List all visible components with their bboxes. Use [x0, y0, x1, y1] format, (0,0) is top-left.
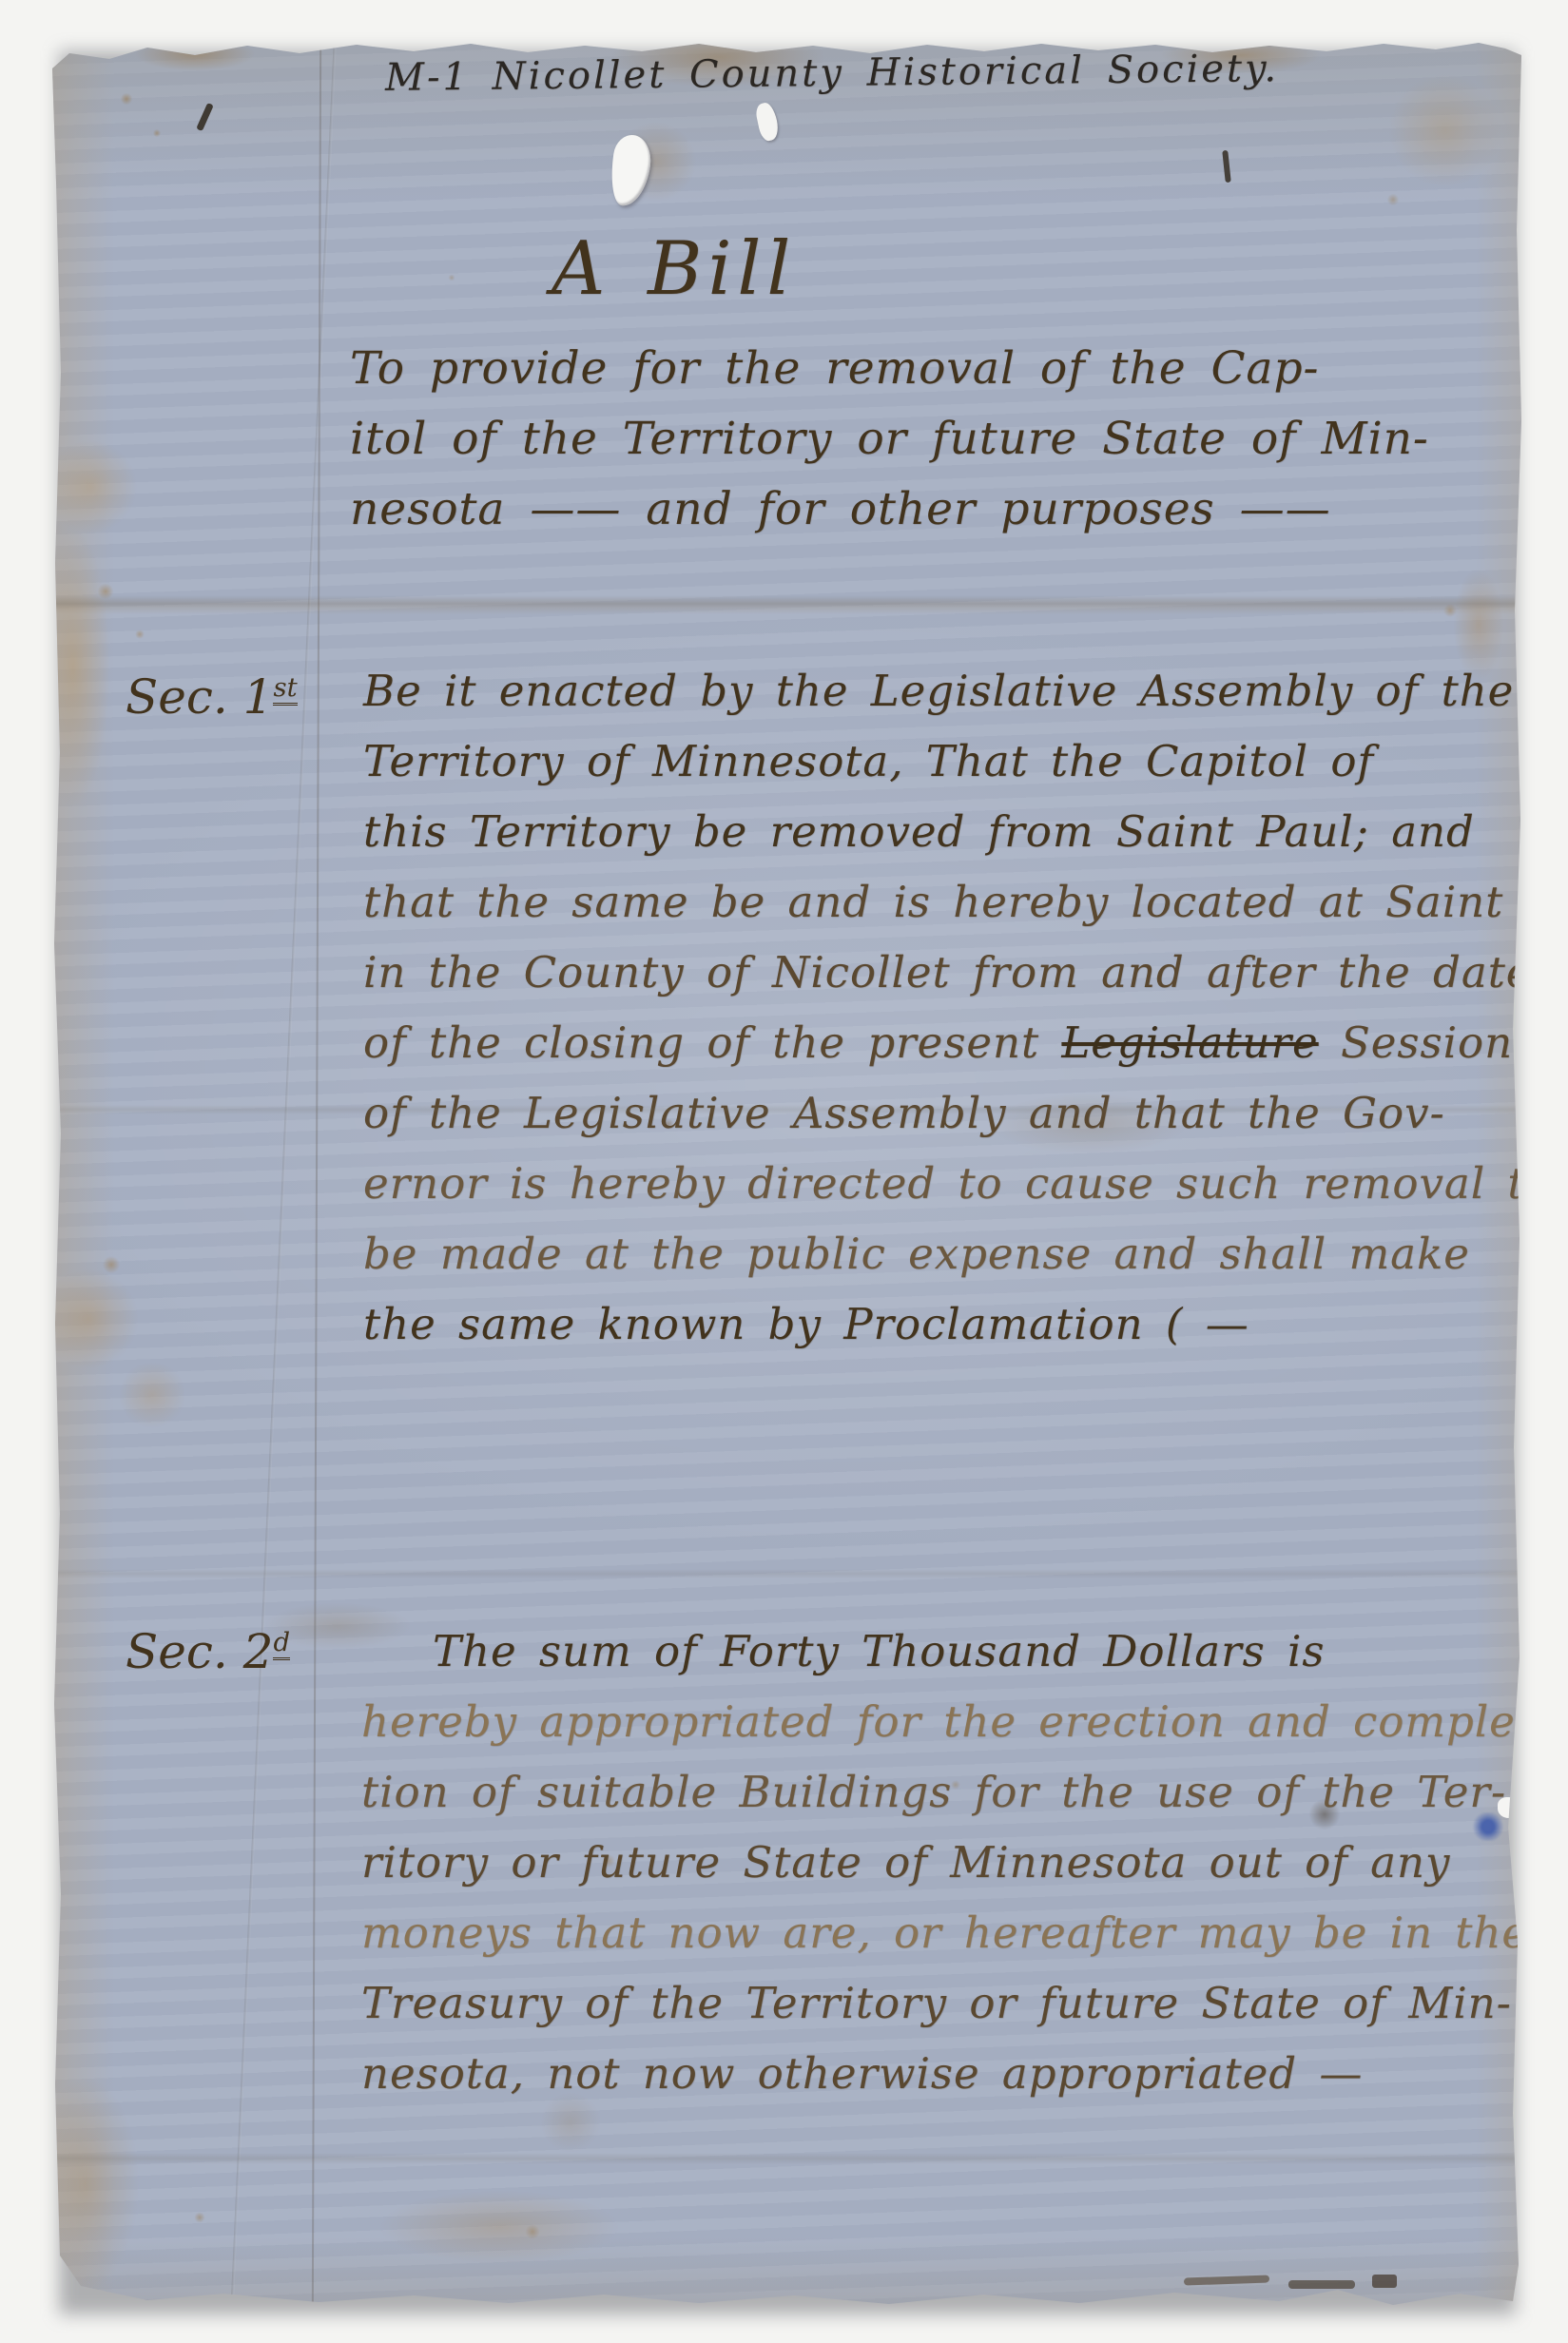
paper-tear-hole — [754, 101, 781, 142]
pin-mark — [1222, 150, 1231, 183]
manuscript-line: the same known by Proclamation ( — — [363, 1299, 1249, 1349]
preamble-line: nesota —— and for other purposes —— — [350, 483, 1331, 535]
manuscript-line: hereby appropriated for the erection and… — [361, 1696, 1531, 1747]
horizontal-fold-crease — [52, 2153, 1521, 2164]
manuscript-line: moneys that now are, or hereafter may be… — [361, 1907, 1528, 1958]
section-1-label: Sec. 1st — [126, 669, 298, 725]
manuscript-line: nesota, not now otherwise appropriated — — [361, 2048, 1363, 2099]
bill-title: A Bill — [552, 226, 796, 312]
manuscript-line-with-strikethrough: of the closing of the present Legislatur… — [363, 1017, 1513, 1068]
manuscript-line: The sum of Forty Thousand Dollars is — [433, 1626, 1325, 1676]
blue-ink-blot — [1473, 1812, 1503, 1841]
archival-note: M-1 Nicollet County Historical Society. — [385, 47, 1279, 100]
line-segment: of the closing of the present — [363, 1017, 1061, 1068]
edge-dirt-streak — [1372, 2275, 1397, 2288]
manuscript-line: that the same be and is hereby located a… — [363, 877, 1568, 927]
manuscript-line: ernor is hereby directed to cause such r… — [363, 1158, 1553, 1209]
edge-dirt-streak — [1288, 2280, 1355, 2289]
vertical-fold-line — [230, 36, 337, 2316]
manuscript-line: in the County of Nicollet from and after… — [363, 947, 1532, 997]
preamble-line: itol of the Territory or future State of… — [350, 413, 1429, 465]
paper: M-1 Nicollet County Historical Society. … — [52, 40, 1521, 2309]
section-2-label-ordinal: d — [273, 1627, 290, 1660]
manuscript-line: Territory of Minnesota, That the Capitol… — [363, 736, 1374, 786]
section-2-label-text: Sec. 2 — [126, 1624, 273, 1679]
manuscript-line: of the Legislative Assembly and that the… — [363, 1088, 1445, 1138]
preamble-line: To provide for the removal of the Cap- — [350, 342, 1319, 395]
pin-mark — [196, 103, 214, 131]
section-1-label-text: Sec. 1 — [126, 669, 273, 725]
manuscript-line: tion of suitable Buildings for the use o… — [361, 1767, 1506, 1817]
scanned-document-page: M-1 Nicollet County Historical Society. … — [0, 0, 1568, 2343]
horizontal-fold-crease — [52, 1569, 1521, 1578]
section-2-label: Sec. 2d — [126, 1624, 290, 1679]
manuscript-line: ritory or future State of Minnesota out … — [361, 1837, 1450, 1888]
manuscript-line: be made at the public expense and shall … — [363, 1229, 1470, 1279]
paper-tear-hole — [607, 133, 654, 209]
line-segment: Session — [1319, 1017, 1513, 1068]
section-1-label-ordinal: st — [273, 672, 297, 706]
edge-dirt-streak — [1184, 2275, 1269, 2285]
manuscript-line: this Territory be removed from Saint Pau… — [363, 806, 1475, 857]
struck-word: Legislature — [1061, 1017, 1318, 1068]
manuscript-line: Be it enacted by the Legislative Assembl… — [363, 666, 1514, 716]
manuscript-line: Treasury of the Territory or future Stat… — [361, 1978, 1512, 2028]
horizontal-fold-crease — [52, 595, 1521, 614]
